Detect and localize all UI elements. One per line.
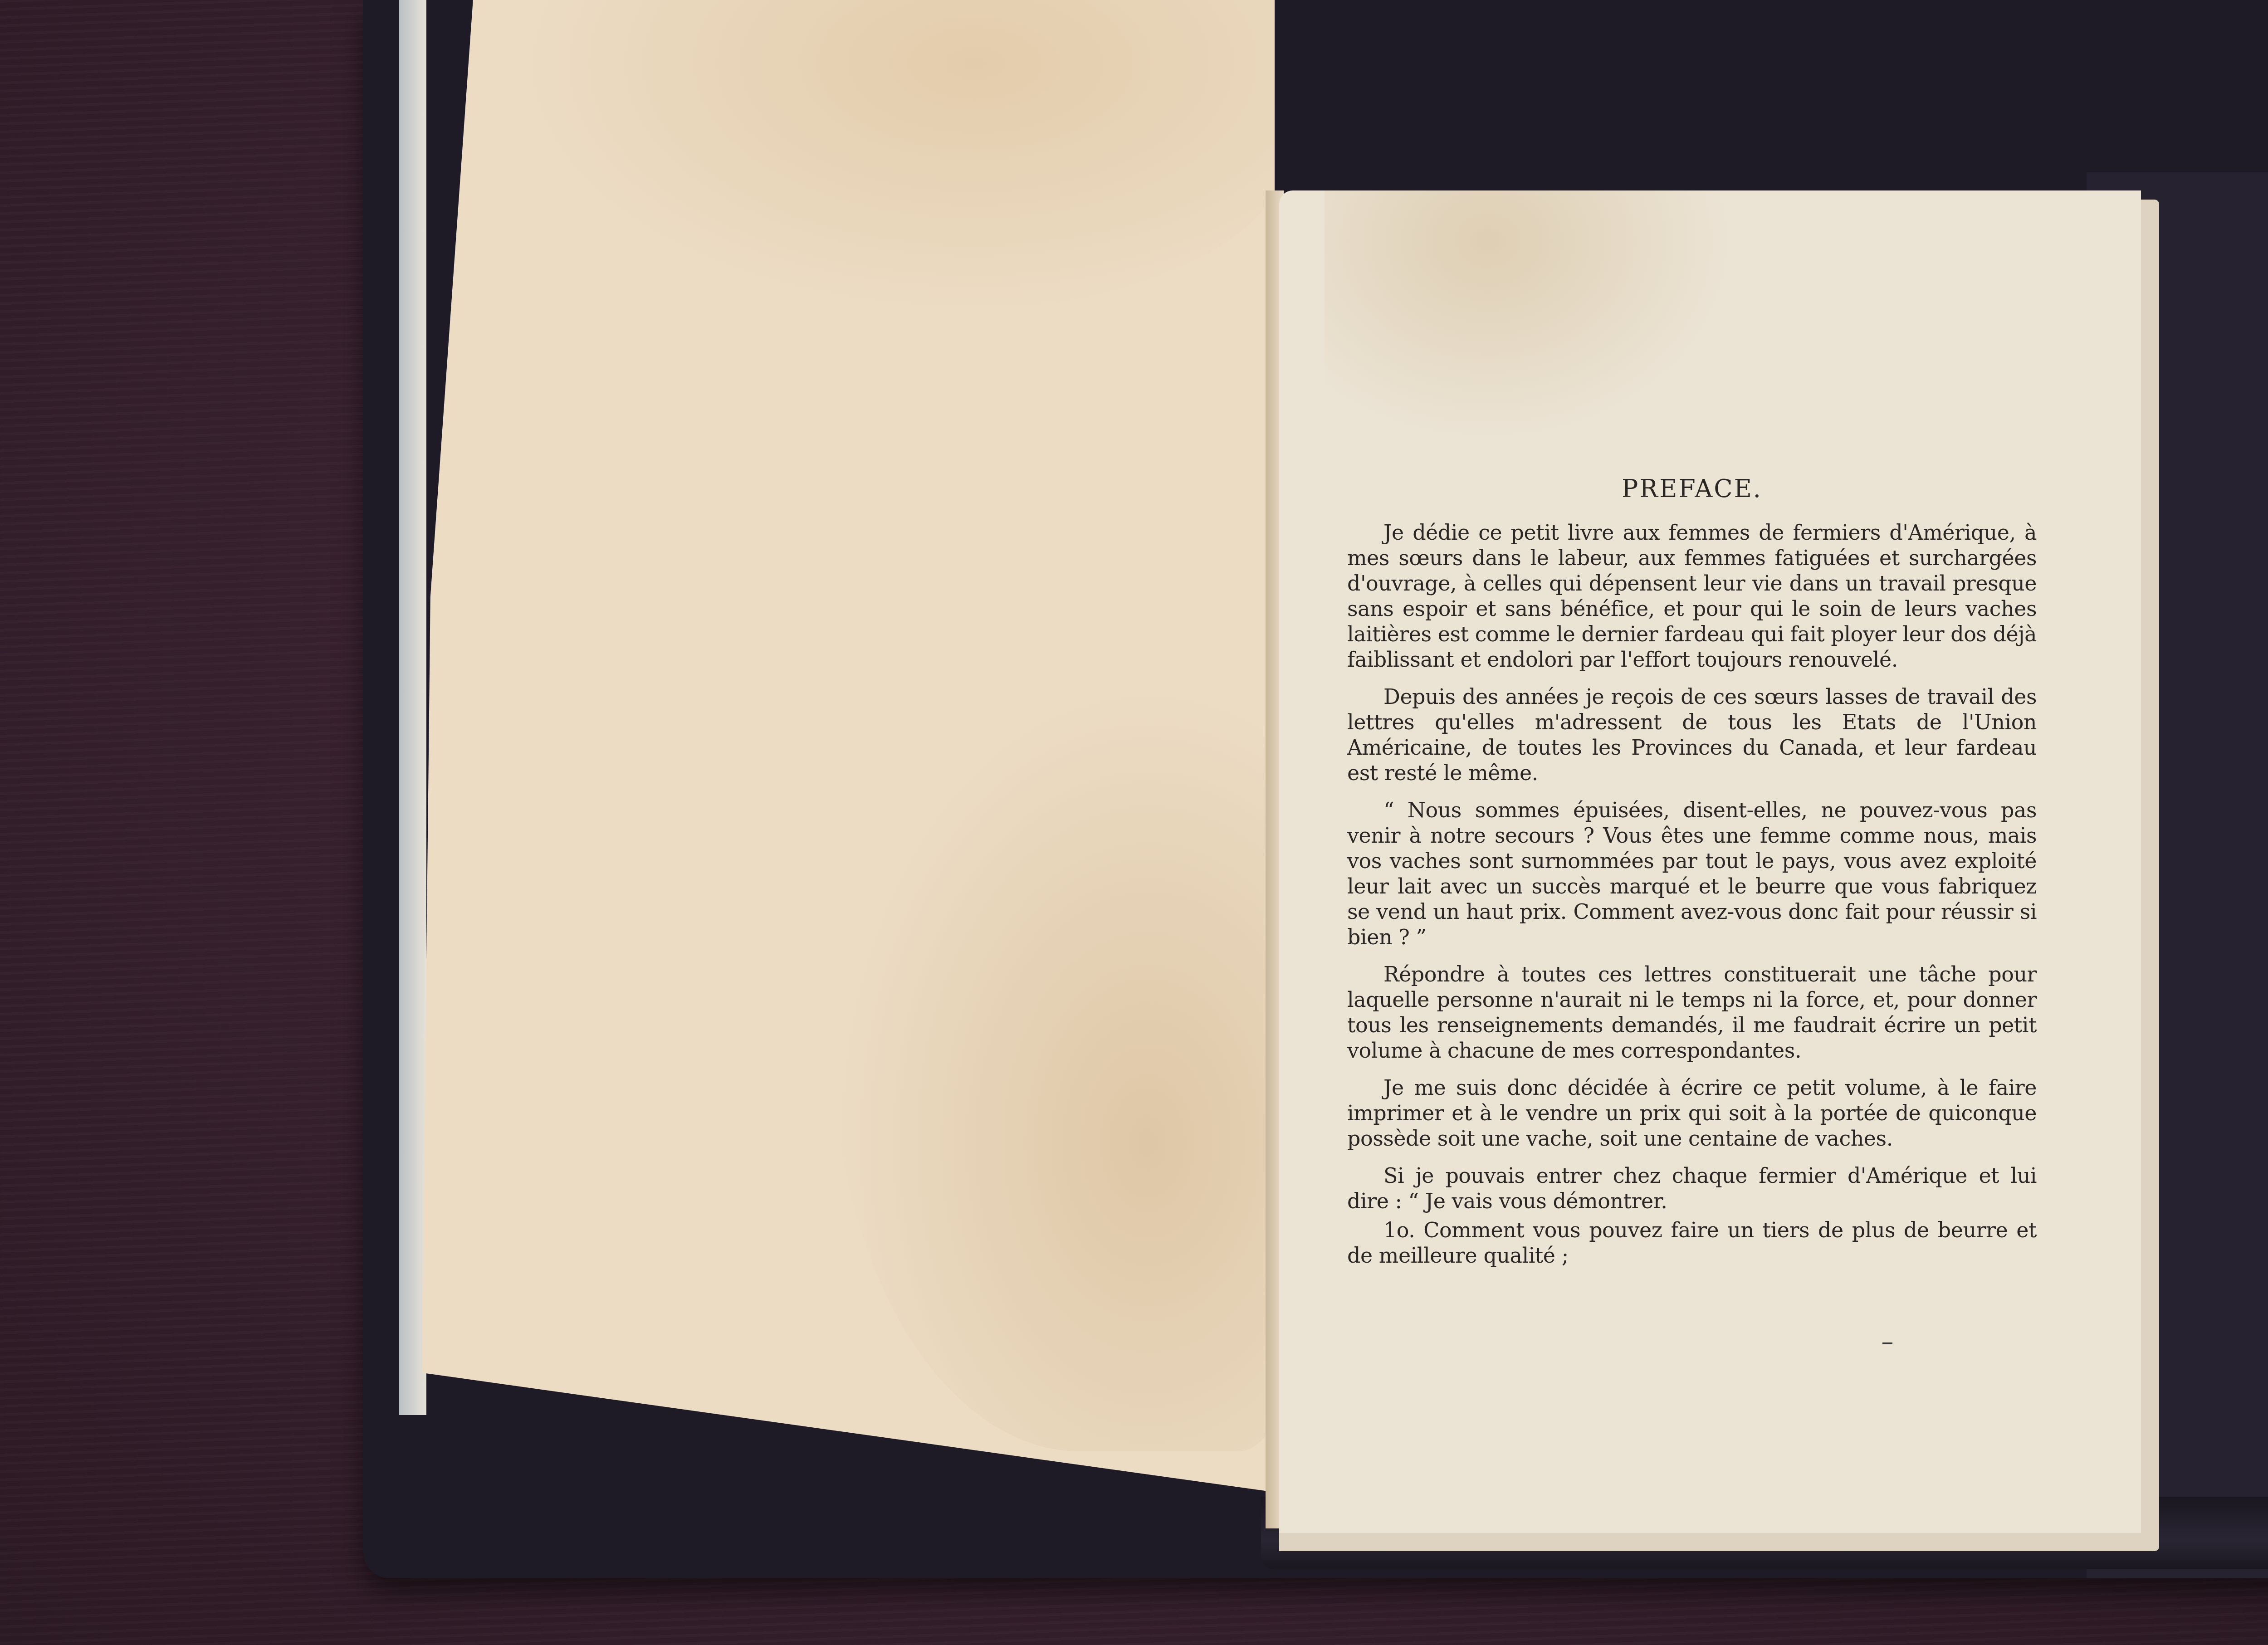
paragraph: Je dédie ce petit livre aux femmes de fe… [1347, 520, 2037, 672]
paragraph: Depuis des années je reçois de ces sœurs… [1347, 684, 2037, 786]
paragraph: “ Nous sommes épuisées, disent-elles, ne… [1347, 797, 2037, 950]
paragraph: Je me suis donc décidée à écrire ce peti… [1347, 1075, 2037, 1151]
left-page-blank [422, 0, 1275, 1492]
water-stain [830, 680, 1284, 1451]
page-title: PREFACE. [1347, 476, 2037, 502]
paragraph: Si je pouvais entrer chez chaque fermier… [1347, 1163, 2037, 1214]
water-stain [513, 0, 1284, 317]
preface-text: PREFACE. Je dédie ce petit livre aux fem… [1347, 476, 2037, 1280]
paragraph: 1o. Comment vous pouvez faire un tiers d… [1347, 1217, 2037, 1268]
paragraph: Répondre à toutes ces lettres constituer… [1347, 962, 2037, 1063]
print-mark [1882, 1342, 1892, 1344]
water-stain [1325, 190, 1733, 440]
left-page-edges [399, 0, 426, 1415]
right-page: PREFACE. Je dédie ce petit livre aux fem… [1279, 190, 2141, 1533]
